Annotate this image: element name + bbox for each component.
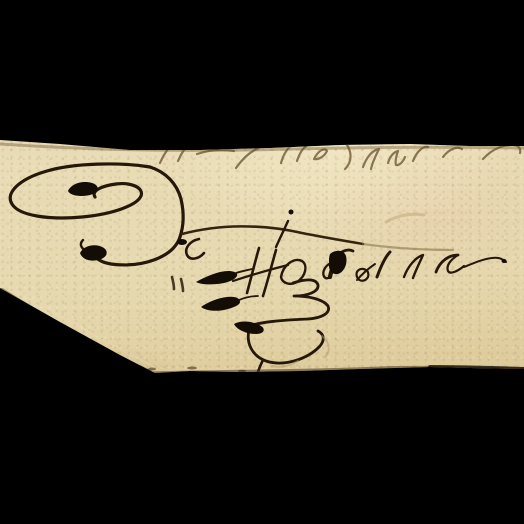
speck [187, 367, 197, 370]
tail-end-dot [502, 259, 507, 263]
wedge-highlight [10, 286, 154, 367]
blob-link1 [236, 269, 252, 273]
quote-ticks [172, 277, 183, 291]
ink-dot [289, 210, 294, 215]
handwriting-ink: Close-up sepia photograph of an old hand… [0, 0, 524, 524]
letter-d-link [357, 264, 375, 280]
speck [383, 368, 389, 370]
lower-arrow-blob [201, 297, 240, 311]
letter-e [404, 255, 423, 278]
crossbar-faded [363, 244, 453, 250]
speck [148, 368, 156, 371]
letter-f-crossbar [233, 265, 288, 281]
signature-photo: Close-up sepia photograph of an old hand… [0, 0, 524, 524]
faded-header-script [160, 141, 520, 169]
tick2 [181, 279, 183, 291]
d-cross-hook [186, 239, 204, 259]
upper-arrow-blob [196, 271, 237, 284]
signature-name-letters [233, 221, 506, 300]
speck [122, 361, 134, 365]
flourish-bowl [248, 330, 323, 363]
aged-paper: Close-up sepia photograph of an old hand… [0, 0, 524, 524]
ink-stroke [160, 147, 170, 163]
x-cross-blob [177, 239, 187, 245]
ink-stroke [388, 151, 405, 165]
t-stem [276, 221, 288, 247]
wedge-shadow [2, 290, 150, 372]
ink-stroke [443, 148, 462, 157]
d-downstroke [150, 167, 183, 237]
ink-stroke [314, 149, 327, 159]
flourish-curls [246, 280, 329, 327]
letter-f-stem2 [263, 250, 276, 296]
ink-stroke [178, 146, 188, 161]
blob-link2 [239, 296, 258, 300]
faint-smudge [386, 214, 424, 222]
ink-stroke [413, 147, 428, 161]
bottom-edge-shade [150, 367, 524, 373]
d-hook-blob [80, 245, 107, 260]
top-edge-shade [0, 144, 524, 150]
letter-a2-blob [329, 251, 347, 274]
tick1 [172, 277, 174, 289]
signature-crossbar [182, 226, 453, 250]
ink-stroke [344, 141, 351, 169]
crossbar-dark [182, 226, 363, 244]
signature-capital-d [10, 164, 204, 265]
speck [238, 370, 246, 372]
flourish-tail [257, 360, 263, 376]
bottom-right-dark-edge [430, 367, 524, 369]
ink-stroke [363, 149, 379, 169]
d-bottom-arc [93, 237, 180, 265]
letter-s-slant [377, 252, 390, 277]
ending-tail [464, 258, 506, 267]
